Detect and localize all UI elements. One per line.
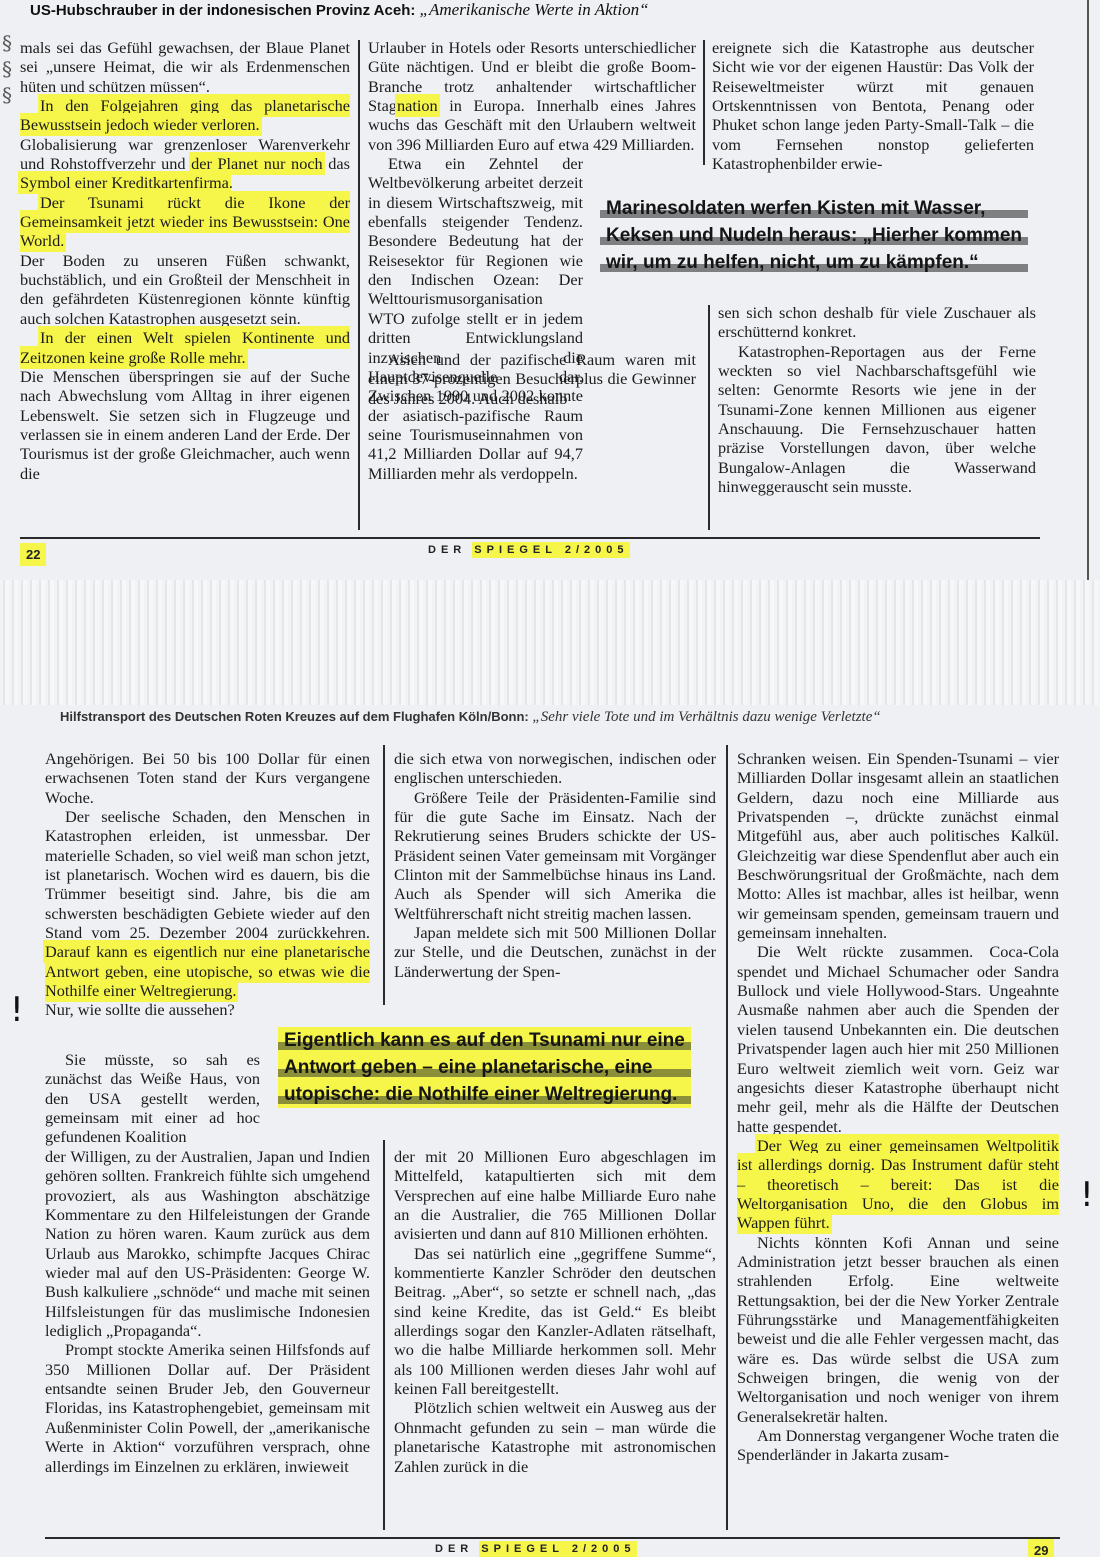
page-number: 29 — [1030, 1541, 1052, 1557]
paragraph: Der seelische Schaden, den Menschen in K… — [45, 807, 370, 1000]
paragraph: Der Boden zu unseren Füßen schwankt, buc… — [20, 251, 350, 328]
paragraph: Etwa ein Zehntel der Weltbevölkerung arb… — [368, 154, 583, 483]
column-3: ereignete sich die Katastrophe aus deuts… — [712, 38, 1034, 173]
column-2-cont: der mit 20 Millionen Euro abgeschlagen i… — [394, 1147, 716, 1476]
column-1-cont: der Willigen, zu der Australien, Japan u… — [45, 1147, 370, 1476]
column-2: die sich etwa von norwegischen, indische… — [394, 749, 716, 981]
paragraph: Japan meldete sich mit 500 Millionen Dol… — [394, 923, 716, 981]
magazine-footer: DER SPIEGEL 2/2005 — [428, 544, 628, 556]
column-2-cont: Asien und der pazifische Raum waren mit … — [368, 350, 696, 408]
paragraph: Die Welt rückte zusammen. Coca-Cola spen… — [737, 942, 1059, 1135]
column-1: mals sei das Gefühl gewachsen, der Blaue… — [20, 38, 350, 483]
page-22: §§§ US-Hubschrauber in der indonesischen… — [0, 0, 1100, 580]
paragraph: mals sei das Gefühl gewachsen, der Blaue… — [20, 38, 350, 96]
page-29: Hilfstransport des Deutschen Roten Kreuz… — [0, 705, 1100, 1557]
pull-quote-bottom: Eigentlich kann es auf den Tsunami nur e… — [278, 1027, 691, 1108]
paragraph: sen sich schon deshalb für viele Zuschau… — [718, 303, 1036, 342]
paragraph: Plötzlich schien weltweit ein Ausweg aus… — [394, 1398, 716, 1475]
paragraph: Asien und der pazifische Raum waren mit … — [368, 350, 696, 408]
photo-caption-top: US-Hubschrauber in der indonesischen Pro… — [30, 0, 649, 20]
paragraph: Katastrophen-Reportagen aus der Ferne we… — [718, 342, 1036, 497]
column-3-cont: sen sich schon deshalb für viele Zuschau… — [718, 303, 1036, 496]
column-rule — [703, 40, 705, 165]
page-edge — [1087, 0, 1089, 580]
paragraph-highlighted: In der einen Welt spielen Kontinente und… — [20, 328, 350, 367]
paragraph: Größere Teile der Präsidenten-Familie si… — [394, 788, 716, 923]
column-1: Angehörigen. Bei 50 bis 100 Dollar für e… — [45, 749, 370, 1020]
column-rule — [383, 745, 385, 1005]
column-rule — [708, 305, 710, 530]
caption-bold: US-Hubschrauber in der indonesischen Pro… — [30, 2, 415, 19]
page-tear-gap — [0, 580, 1100, 705]
paragraph: der Willigen, zu der Australien, Japan u… — [45, 1147, 370, 1340]
paragraph: Angehörigen. Bei 50 bis 100 Dollar für e… — [45, 749, 370, 807]
photo-caption-bottom: Hilfstransport des Deutschen Roten Kreuz… — [60, 709, 881, 726]
paragraph: die sich etwa von norwegischen, indische… — [394, 749, 716, 788]
paragraph-highlighted: Der Tsunami rückt die Ikone der Gemeinsa… — [20, 193, 350, 251]
page-number: 22 — [22, 545, 44, 564]
margin-exclamation-mark: ! — [10, 990, 24, 1030]
paragraph: Am Donnerstag vergangener Woche traten d… — [737, 1426, 1059, 1465]
column-3: Schranken weisen. Ein Spenden-Tsunami – … — [737, 749, 1059, 1465]
paragraph: Sie müsste, so sah es zunächst das Weiße… — [45, 1050, 260, 1147]
margin-squiggle: §§§ — [2, 30, 12, 108]
paragraph: Globalisierung war grenzenloser Warenver… — [20, 135, 350, 193]
paragraph: Prompt stockte Amerika seinen Hilfsfonds… — [45, 1340, 370, 1475]
paragraph: Schranken weisen. Ein Spenden-Tsunami – … — [737, 749, 1059, 942]
footer-rule — [45, 1537, 1060, 1539]
column-1-narrow: Sie müsste, so sah es zunächst das Weiße… — [45, 1050, 260, 1147]
paragraph-highlighted: Der Weg zu einer gemeinsamen Weltpolitik… — [737, 1136, 1059, 1233]
paragraph: Das sei natürlich eine „gegriffene Summe… — [394, 1244, 716, 1399]
caption-quote: „Amerikanische Werte in Aktion“ — [420, 0, 649, 19]
column-rule — [383, 1140, 385, 1530]
paragraph: Nur, wie sollte die aussehen? — [45, 1000, 370, 1019]
paragraph: Urlauber in Hotels oder Resorts untersch… — [368, 38, 696, 154]
paragraph: ereignete sich die Katastrophe aus deuts… — [712, 38, 1034, 173]
margin-exclamation-mark: ! — [1080, 1175, 1094, 1215]
footer-rule — [20, 537, 1040, 539]
column-rule — [726, 745, 728, 1530]
paragraph: Nichts könnten Kofi Annan und seine Admi… — [737, 1233, 1059, 1426]
paragraph-highlighted: In den Folgejahren ging das planetarisch… — [20, 96, 350, 135]
paragraph: Die Menschen überspringen sie auf der Su… — [20, 367, 350, 483]
pull-quote-top: Marinesoldaten werfen Kisten mit Wasser,… — [600, 195, 1028, 276]
paragraph: der mit 20 Millionen Euro abgeschlagen i… — [394, 1147, 716, 1244]
magazine-footer: DER SPIEGEL 2/2005 — [435, 1543, 635, 1555]
column-rule — [358, 40, 360, 530]
